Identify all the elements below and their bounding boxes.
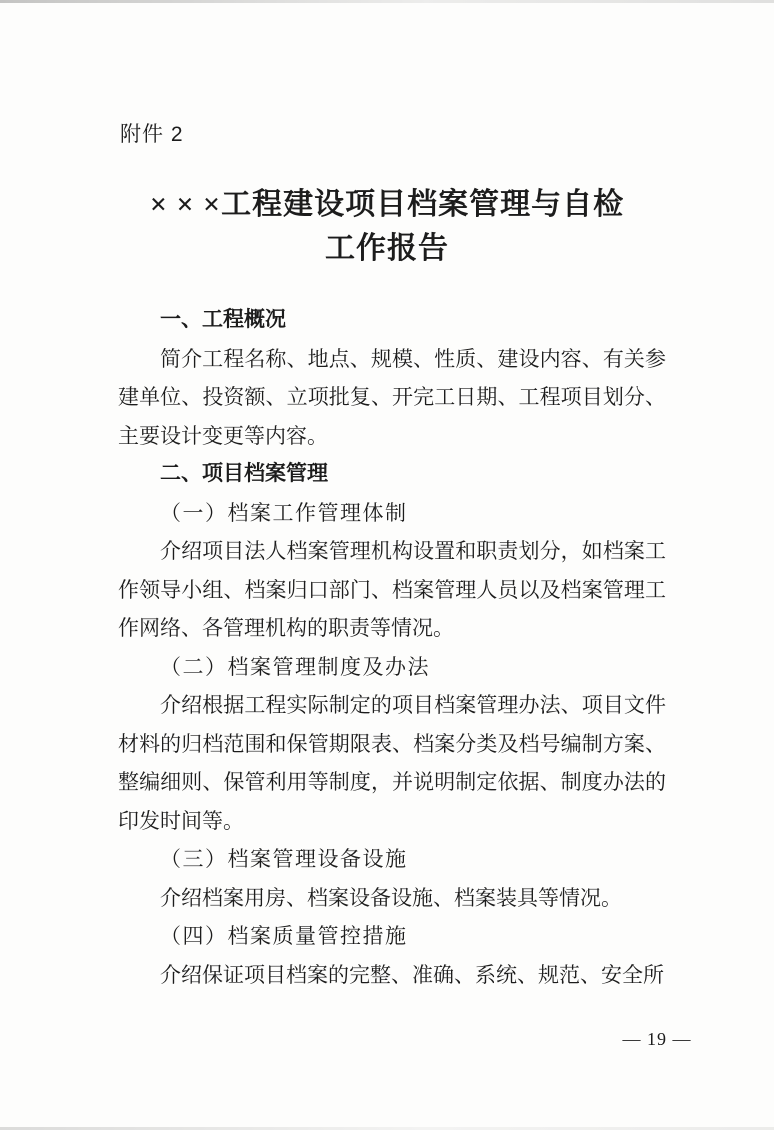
- body-paragraph: 介绍项目法人档案管理机构设置和职责划分，如档案工作领导小组、档案归口部门、档案管…: [118, 532, 666, 648]
- attachment-label: 附件 2: [120, 118, 184, 148]
- section-heading: 一、工程概况: [118, 301, 666, 340]
- scan-artifact-top: [0, 0, 774, 3]
- body-paragraph: 介绍保证项目档案的完整、准确、系统、规范、安全所: [118, 956, 666, 995]
- subsection-heading: （一）档案工作管理体制: [118, 494, 666, 533]
- document-title: × × ×工程建设项目档案管理与自检 工作报告: [0, 183, 774, 271]
- subsection-heading: （三）档案管理设备设施: [118, 840, 666, 879]
- document-body: 一、工程概况 简介工程名称、地点、规模、性质、建设内容、有关参建单位、投资额、立…: [118, 301, 666, 994]
- body-paragraph: 介绍根据工程实际制定的项目档案管理办法、项目文件材料的归档范围和保管期限表、档案…: [118, 686, 666, 840]
- subsection-heading: （四）档案质量管控措施: [118, 917, 666, 956]
- body-paragraph: 简介工程名称、地点、规模、性质、建设内容、有关参建单位、投资额、立项批复、开完工…: [118, 340, 666, 456]
- document-title-line1: × × ×工程建设项目档案管理与自检: [0, 183, 774, 227]
- document-title-line2: 工作报告: [0, 227, 774, 271]
- section-heading: 二、项目档案管理: [118, 455, 666, 494]
- subsection-heading: （二）档案管理制度及办法: [118, 648, 666, 687]
- body-paragraph: 介绍档案用房、档案设备设施、档案装具等情况。: [118, 879, 666, 918]
- scanned-document-page: 附件 2 × × ×工程建设项目档案管理与自检 工作报告 一、工程概况 简介工程…: [0, 0, 774, 1130]
- page-number: — 19 —: [592, 1029, 722, 1050]
